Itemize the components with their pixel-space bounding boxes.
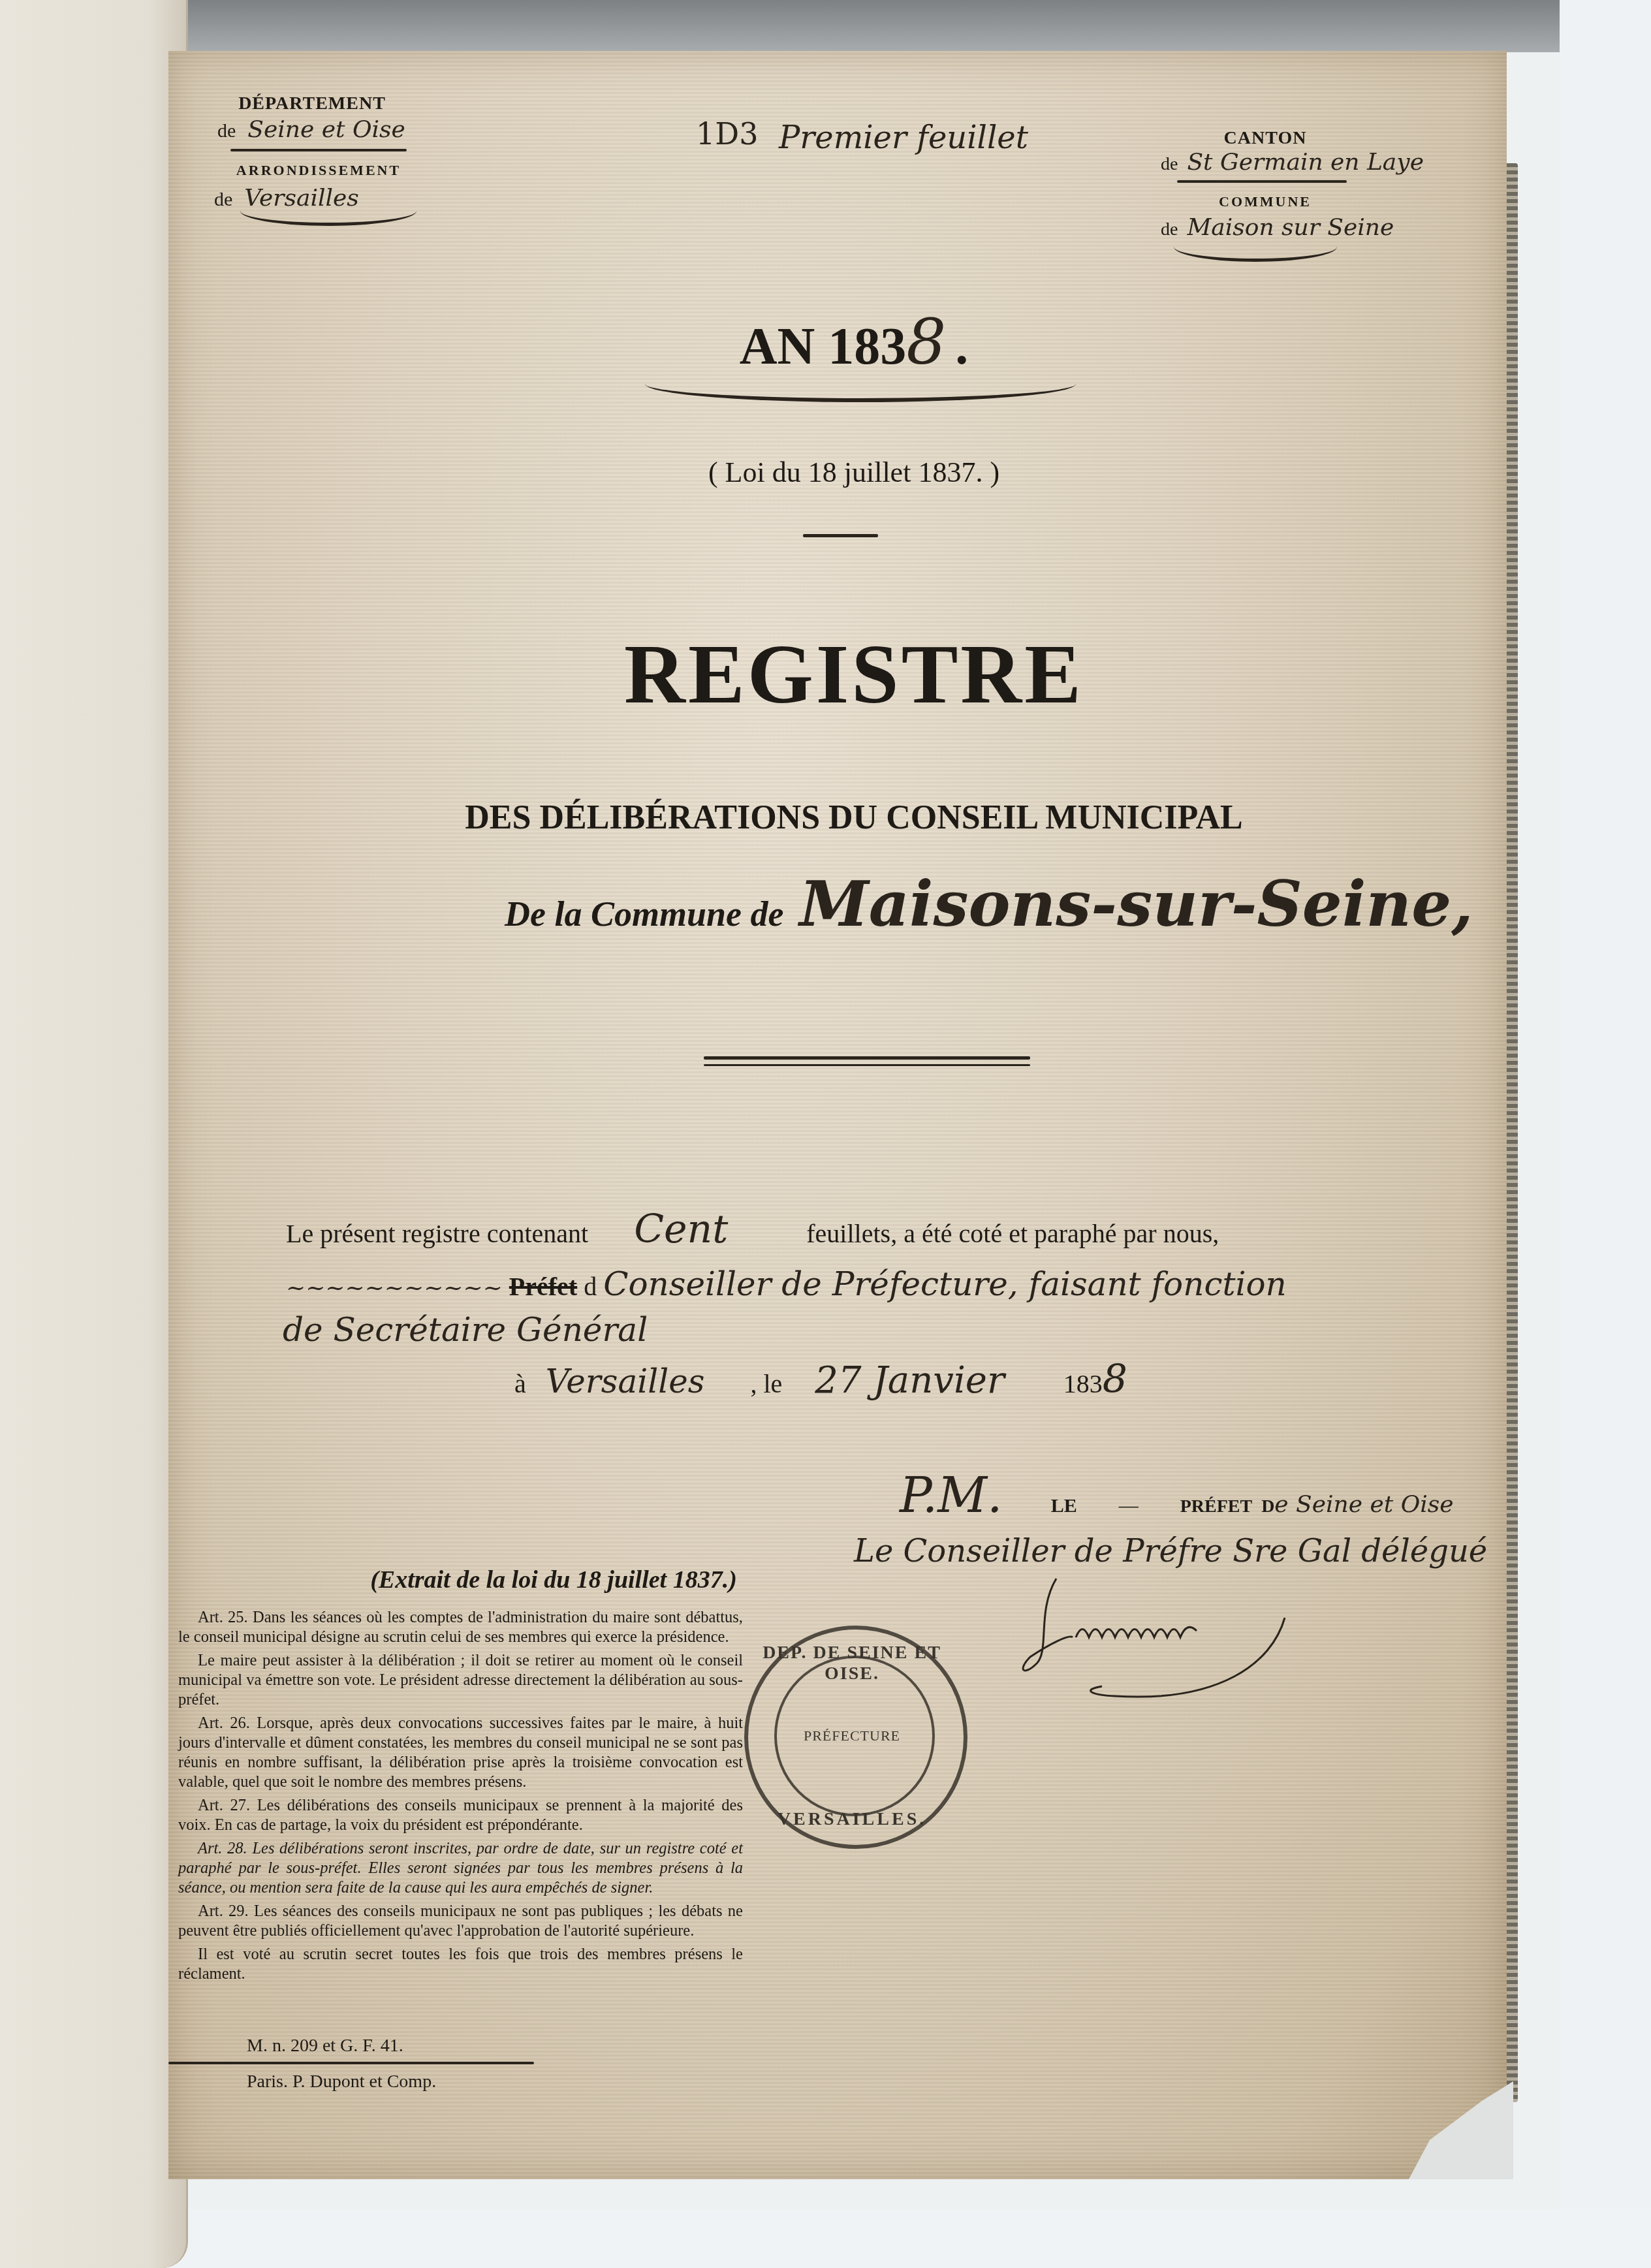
ornamental-brace <box>1174 247 1337 262</box>
law-secret-ballot: Il est voté au scrutin secret toutes les… <box>178 1945 743 1984</box>
le-label: LE <box>1051 1495 1077 1517</box>
background-table <box>1560 0 1651 2268</box>
printer-imprint: Paris. P. Dupont et Comp. <box>247 2071 436 2092</box>
law-article-25-b: Le maire peut assister à la délibération… <box>178 1651 743 1710</box>
cert-date: 27 Janvier <box>815 1359 1004 1402</box>
commune-prefix: de <box>1161 219 1178 240</box>
arrondissement-field: de Versailles <box>214 185 423 212</box>
stamp-top-text: DEP. DE SEINE ET OISE. <box>748 1643 956 1684</box>
prefecture-stamp: DEP. DE SEINE ET OISE. PRÉFECTURE VERSAI… <box>744 1626 967 1849</box>
certification-line-2: ~~~~~~~~~~~ Préfet d Conseiller de Préfe… <box>286 1265 1494 1303</box>
footer-divider <box>168 2062 534 2064</box>
law-article-26: Art. 26. Lorsque, après deux convocation… <box>178 1714 743 1792</box>
year-period: . <box>955 318 968 375</box>
cert-year-printed: 183 <box>1063 1369 1103 1398</box>
ornamental-brace <box>240 211 417 226</box>
commune-line: De la Commune de Maisons-sur-Seine, <box>505 867 1523 941</box>
divider <box>704 1056 1030 1060</box>
torn-corner <box>1409 2081 1513 2179</box>
law-reference: ( Loi du 18 juillet 1837. ) <box>560 456 1148 489</box>
background-wall <box>0 0 1651 52</box>
year-line: AN 1838. <box>625 306 1082 379</box>
law-extract-heading: (Extrait de la loi du 18 juillet 1837.) <box>260 1566 847 1594</box>
page-title: REGISTRE <box>495 625 1213 723</box>
premier-feuillet-note: Premier feuillet <box>779 119 1028 156</box>
year-handwritten-digit: 8 <box>906 306 946 379</box>
law-article-25: Art. 25. Dans les séances où les comptes… <box>178 1608 743 1647</box>
prefet-department-hand: e Seine et Oise <box>1274 1491 1453 1518</box>
book-page-edges <box>1505 163 1518 2102</box>
cert-printed: Le présent registre contenant <box>286 1219 588 1248</box>
signature-block: P.M. LE — PRÉFET De Seine et Oise <box>900 1468 1520 1524</box>
folio-number: 1D3 <box>696 116 758 151</box>
ornamental-brace <box>645 384 1076 402</box>
departement-field: de Seine et Oise <box>217 116 426 143</box>
cert-printed: , le <box>750 1369 782 1398</box>
cert-place: Versailles <box>546 1362 705 1400</box>
divider <box>230 149 407 151</box>
canton-value: St Germain en Laye <box>1187 149 1424 176</box>
register-cover-page: DÉPARTEMENT de Seine et Oise ARRONDISSEM… <box>168 51 1507 2179</box>
cert-leaf-count: Cent <box>634 1206 728 1252</box>
struck-prefet: Préfet <box>509 1272 577 1301</box>
conseiller-delegue: Le Conseiller de Préfre Sre Gal délégué <box>854 1533 1487 1569</box>
canton-field: de St Germain en Laye <box>1161 149 1513 176</box>
law-article-27: Art. 27. Les délibérations des conseils … <box>178 1796 743 1835</box>
departement-label: DÉPARTEMENT <box>227 93 397 114</box>
divider <box>803 534 878 537</box>
stamp-bottom-text: VERSAILLES. <box>748 1809 956 1830</box>
facing-blank-page <box>0 0 188 2268</box>
commune-line-printed: De la Commune de <box>505 894 784 934</box>
form-number: M. n. 209 et G. F. 41. <box>247 2036 403 2056</box>
arrondissement-prefix: de <box>214 189 232 210</box>
cert-printed: à <box>514 1369 526 1398</box>
canton-prefix: de <box>1161 154 1178 174</box>
commune-value: Maison sur Seine <box>1187 214 1394 241</box>
certification-line-3: de Secrétaire Général <box>283 1311 648 1349</box>
subtitle: DES DÉLIBÉRATIONS DU CONSEIL MUNICIPAL <box>332 798 1376 837</box>
certification-line-4: à Versailles , le 27 Janvier 1838 <box>514 1357 1494 1402</box>
departement-prefix: de <box>217 120 236 142</box>
de-label: D <box>1261 1496 1274 1517</box>
commune-label: COMMUNE <box>1187 193 1344 210</box>
law-article-28: Art. 28. Les délibérations seront inscri… <box>178 1839 743 1898</box>
departement-value: Seine et Oise <box>247 116 405 143</box>
signature <box>1011 1572 1350 1722</box>
divider <box>704 1064 1030 1066</box>
arrondissement-value: Versailles <box>244 185 358 212</box>
law-extract: Art. 25. Dans les séances où les comptes… <box>178 1608 743 1988</box>
certification-line-1: Le présent registre contenant Cent feuil… <box>286 1206 1494 1252</box>
cert-year-hand: 8 <box>1103 1357 1127 1402</box>
divider <box>1177 180 1347 183</box>
signature-flourish-icon <box>1011 1572 1350 1722</box>
cert-printed: d <box>584 1272 597 1301</box>
year-printed: AN 183 <box>740 318 907 375</box>
arrondissement-label: ARRONDISSEMENT <box>217 162 420 179</box>
prefet-label: PRÉFET <box>1180 1496 1252 1517</box>
commune-name-handwritten: Maisons-sur-Seine, <box>800 867 1473 941</box>
cert-title-hand: Conseiller de Préfecture, faisant foncti… <box>603 1265 1287 1303</box>
commune-field: de Maison sur Seine <box>1161 214 1513 241</box>
canton-label: CANTON <box>1187 128 1344 149</box>
pm-mark: P.M. <box>900 1468 1003 1524</box>
law-article-29: Art. 29. Les séances des conseils munici… <box>178 1902 743 1941</box>
background-table-bottom <box>0 2209 1651 2268</box>
stamp-center-text: PRÉFECTURE <box>748 1727 956 1744</box>
cert-printed: feuillets, a été coté et paraphé par nou… <box>806 1219 1219 1248</box>
